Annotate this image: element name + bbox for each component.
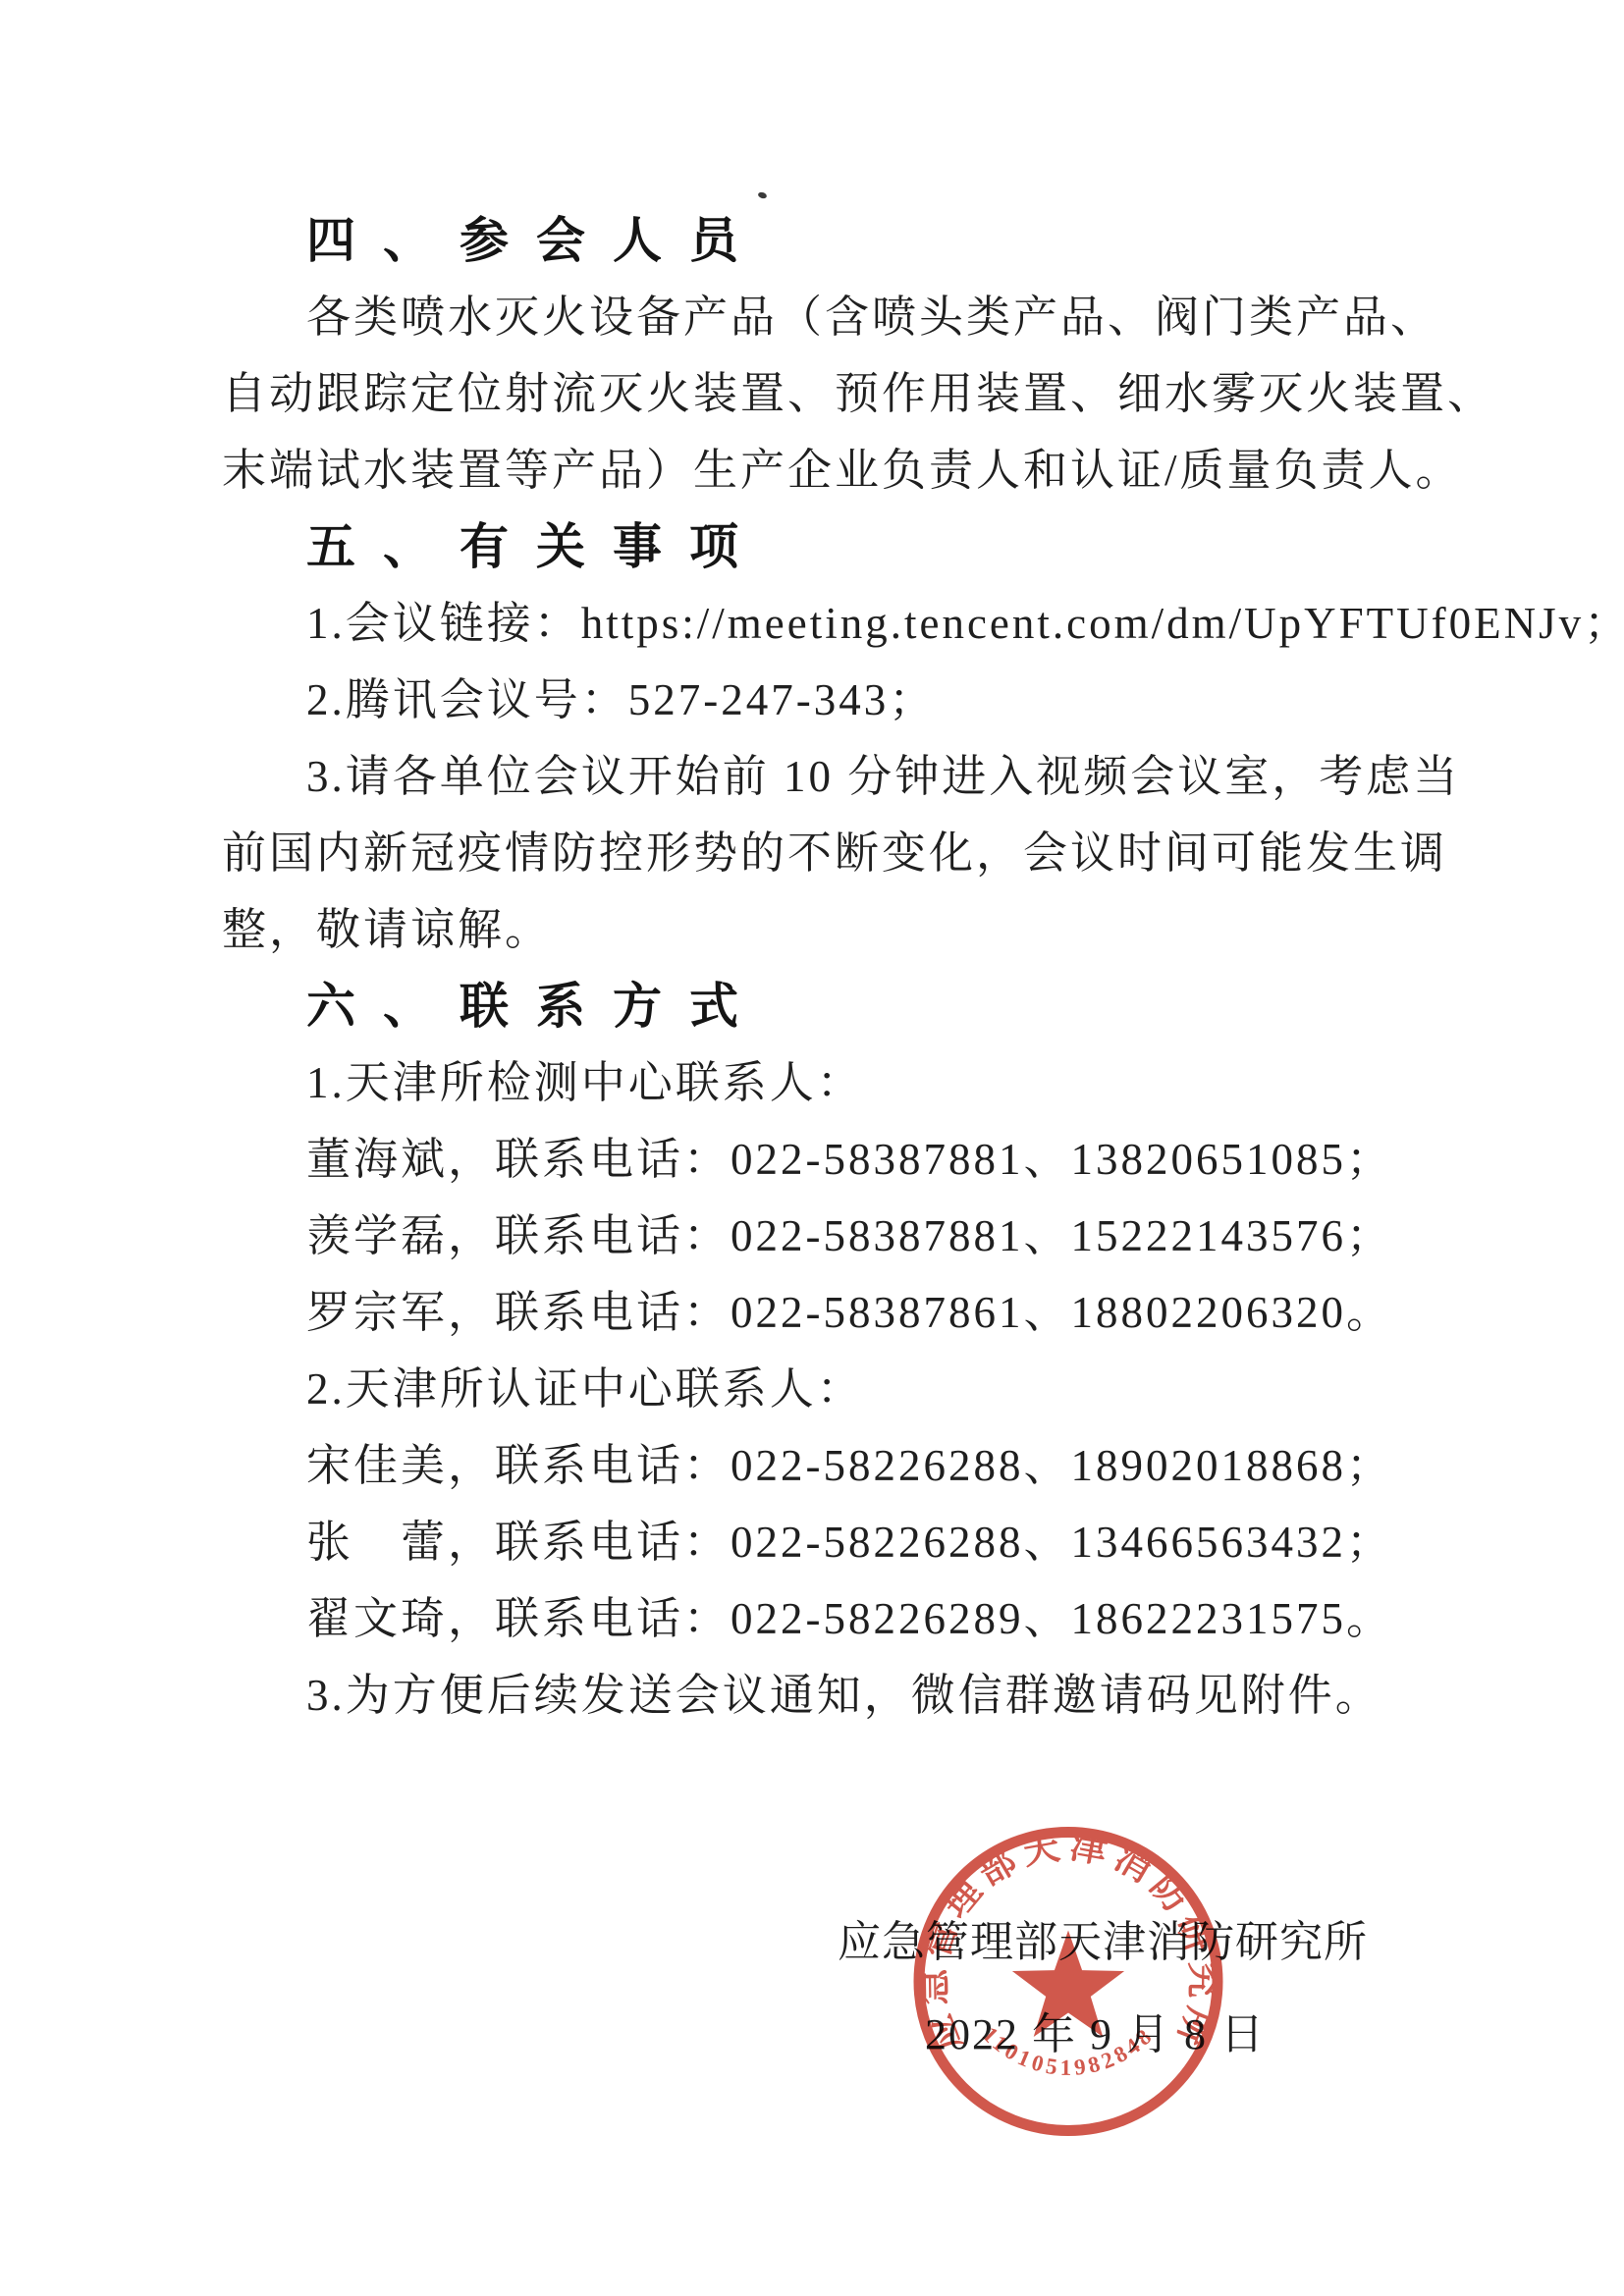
seal-serial-number: 1101051982848 <box>978 2022 1160 2080</box>
body-line: 前国内新冠疫情防控形势的不断变化，会议时间可能发生调 <box>222 815 1489 891</box>
seal-star-icon <box>1012 1931 1124 2038</box>
body-line: 自动跟踪定位射流灭火装置、预作用装置、细水雾灭火装置、 <box>222 355 1489 432</box>
section-heading-matters: 五、有关事项 <box>222 508 1489 585</box>
contact-line: 罗宗军，联系电话：022-58387861、18802206320。 <box>222 1274 1489 1351</box>
meeting-link-line: 1.会议链接：https://meeting.tencent.com/dm/Up… <box>222 585 1489 662</box>
seal-serial-holder: 1101051982848 <box>978 2022 1160 2080</box>
body-line: 末端试水装置等产品）生产企业负责人和认证/质量负责人。 <box>222 432 1489 508</box>
contact-line: 翟文琦，联系电话：022-58226289、18622231575。 <box>222 1580 1489 1657</box>
section-heading-participants: 四、参会人员 <box>222 202 1489 279</box>
document-body: 四、参会人员 各类喷水灭火设备产品（含喷头类产品、阀门类产品、 自动跟踪定位射流… <box>222 202 1489 1734</box>
contact-group-label: 1.天津所检测中心联系人： <box>222 1044 1489 1121</box>
body-line: 3.请各单位会议开始前 10 分钟进入视频会议室，考虑当 <box>222 738 1489 815</box>
body-line: 各类喷水灭火设备产品（含喷头类产品、阀门类产品、 <box>222 279 1489 355</box>
body-line: 3.为方便后续发送会议通知，微信群邀请码见附件。 <box>222 1657 1489 1734</box>
scan-artifact-dot <box>757 191 767 199</box>
section-heading-contacts: 六、联系方式 <box>222 968 1489 1044</box>
meeting-id-line: 2.腾讯会议号：527-247-343； <box>222 662 1489 738</box>
contact-line: 董海斌，联系电话：022-58387881、13820651085； <box>222 1121 1489 1198</box>
scanned-document-page: { "page": { "background": "#ffffff", "in… <box>0 0 1624 2296</box>
contact-group-label: 2.天津所认证中心联系人： <box>222 1351 1489 1427</box>
contact-line: 宋佳美，联系电话：022-58226288、18902018868； <box>222 1427 1489 1504</box>
official-red-seal: 应急管理部天津消防研究所 1101051982848 <box>901 1812 1235 2151</box>
body-line: 整，敬请谅解。 <box>222 891 1489 968</box>
contact-line: 张 蕾，联系电话：022-58226288、13466563432； <box>222 1504 1489 1580</box>
seal-graphic: 应急管理部天津消防研究所 1101051982848 <box>901 1812 1235 2151</box>
contact-line: 羡学磊，联系电话：022-58387881、15222143576； <box>222 1198 1489 1274</box>
